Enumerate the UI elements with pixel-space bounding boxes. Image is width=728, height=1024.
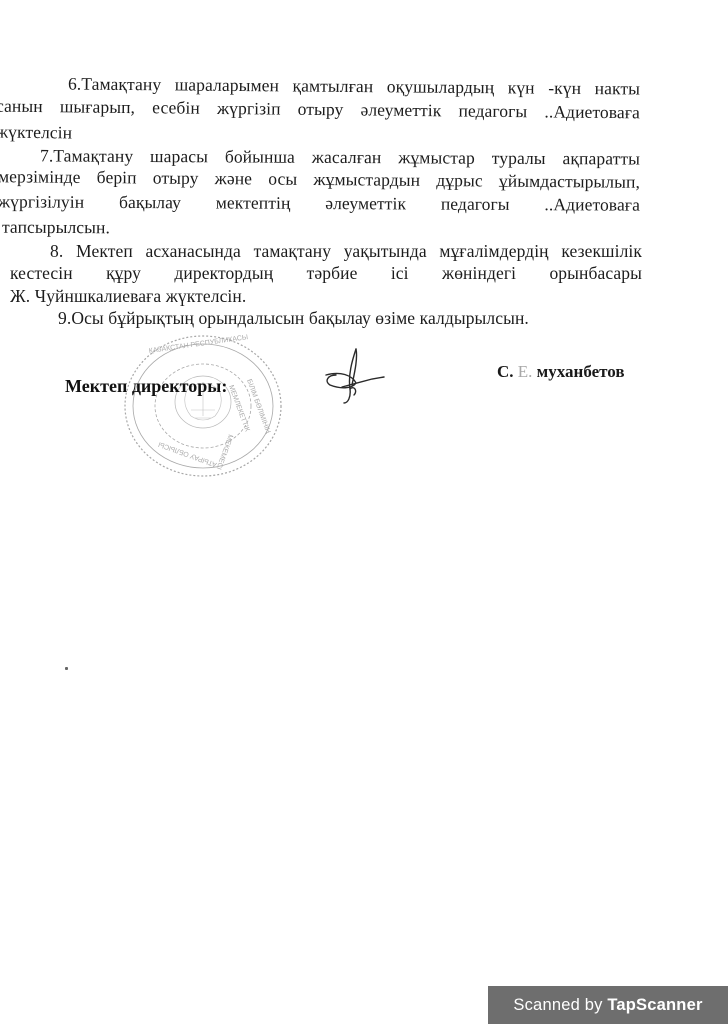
svg-text:МЕМЛЕКЕТТІК: МЕМЛЕКЕТТІК — [227, 384, 251, 433]
watermark-prefix: Scanned by — [513, 996, 607, 1014]
handwritten-signature-icon — [322, 345, 392, 407]
paragraph-6-line-3: жүктелсін — [0, 121, 72, 144]
scanned-document-page: 6.Тамақтану шараларымен қамтылған оқушыл… — [0, 0, 728, 1024]
director-middle-initial: Е. — [518, 362, 533, 381]
svg-text:МЕКЕМЕСІ: МЕКЕМЕСІ — [215, 433, 234, 470]
paragraph-9-line-1: 9.Осы бұйрықтың орындалысын бақылау өзім… — [58, 307, 529, 329]
director-surname: муханбетов — [537, 362, 625, 381]
director-name: С. Е. муханбетов — [497, 362, 625, 382]
paragraph-7-line-2: мерзімінде беріп отыру және осы жұмыстар… — [0, 165, 640, 193]
paragraph-8-line-3: Ж. Чуйншкалиеваға жүктелсін. — [10, 285, 246, 307]
paragraph-6-line-2: санын шығарып, есебін жүргізіп отыру әле… — [0, 95, 640, 124]
director-initial: С. — [497, 362, 514, 381]
paragraph-8-line-2: кестесін құру директордың тәрбие ісі жөн… — [10, 262, 642, 284]
director-title-label: Мектеп директоры: — [65, 376, 227, 397]
scan-speck — [65, 667, 68, 670]
svg-text:АТЫРАУ ОБЛЫСЫ: АТЫРАУ ОБЛЫСЫ — [158, 440, 218, 468]
official-seal-icon: ҚАЗАҚСТАН РЕСПУБЛИКАСЫ БІЛІМ БӨЛІМІНІҢ М… — [117, 330, 287, 480]
paragraph-7-line-3: жүргізілуін бақылау мектептің әлеуметтік… — [0, 190, 640, 215]
watermark-brand: TapScanner — [607, 996, 702, 1014]
svg-text:ҚАЗАҚСТАН РЕСПУБЛИКАСЫ: ҚАЗАҚСТАН РЕСПУБЛИКАСЫ — [148, 334, 248, 355]
paragraph-8-line-1: 8. Мектеп асханасында тамақтану уақытынд… — [50, 240, 642, 262]
paragraph-7-line-4: тапсырылсын. — [2, 216, 110, 239]
tapscanner-watermark: Scanned by TapScanner — [488, 986, 728, 1024]
